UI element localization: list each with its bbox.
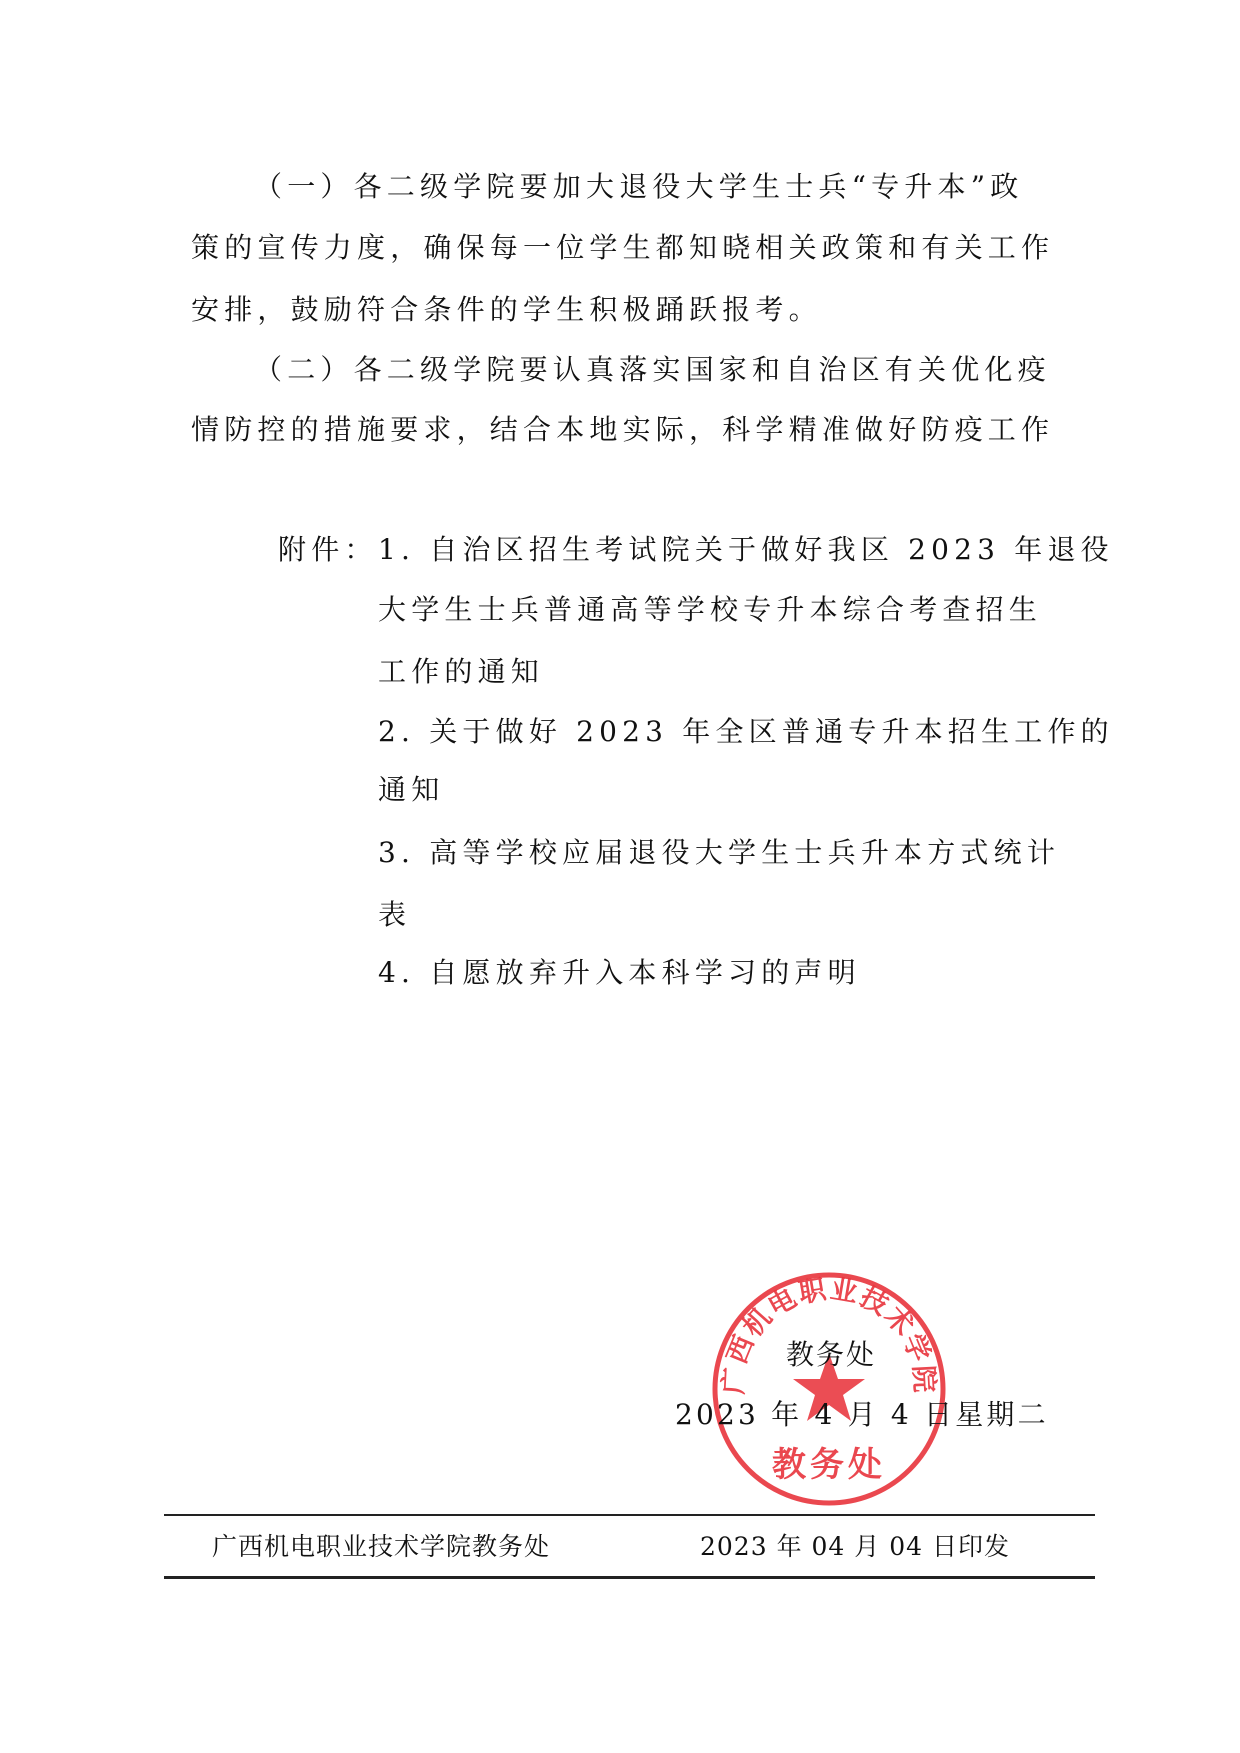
- attachment-item-3-line: 3. 高等学校应届退役大学生士兵升本方式统计: [378, 836, 1060, 870]
- paragraph-line: 情防控的措施要求，结合本地实际，科学精准做好防疫工作: [191, 413, 1054, 447]
- footer-issue-date: 2023 年 04 月 04 日印发: [700, 1532, 1010, 1562]
- attachment-item-1-line: 工作的通知: [378, 655, 544, 689]
- signature-department: 教务处: [786, 1338, 876, 1372]
- attachment-item-1-line: 大学生士兵普通高等学校专升本综合考查招生: [378, 593, 1042, 627]
- attachment-item-2-line: 通知: [378, 773, 444, 807]
- attachment-item-1-line: 1. 自治区招生考试院关于做好我区 2023 年退役: [378, 533, 1114, 567]
- signature-date: 2023 年 4 月 4 日星期二: [675, 1398, 1049, 1432]
- paragraph-line: （一）各二级学院要加大退役大学生士兵“专升本”政: [254, 170, 1023, 204]
- svg-text:教务处: 教务处: [772, 1445, 886, 1485]
- official-seal-stamp: 广西机电职业技术学院 教务处: [711, 1271, 947, 1507]
- attachments-label: 附件：: [278, 533, 378, 567]
- paragraph-line: 策的宣传力度，确保每一位学生都知晓相关政策和有关工作: [191, 231, 1054, 265]
- attachment-item-4-line: 4. 自愿放弃升入本科学习的声明: [378, 956, 861, 990]
- footer-top-rule: [164, 1514, 1095, 1516]
- attachment-item-3-line: 表: [378, 898, 411, 932]
- paragraph-line: （二）各二级学院要认真落实国家和自治区有关优化疫: [254, 353, 1051, 387]
- attachment-item-2-line: 2. 关于做好 2023 年全区普通专升本招生工作的: [378, 715, 1114, 749]
- footer-issuer: 广西机电职业技术学院教务处: [212, 1532, 550, 1562]
- paragraph-line: 安排，鼓励符合条件的学生积极踊跃报考。: [191, 293, 822, 327]
- footer-bottom-rule: [164, 1576, 1095, 1579]
